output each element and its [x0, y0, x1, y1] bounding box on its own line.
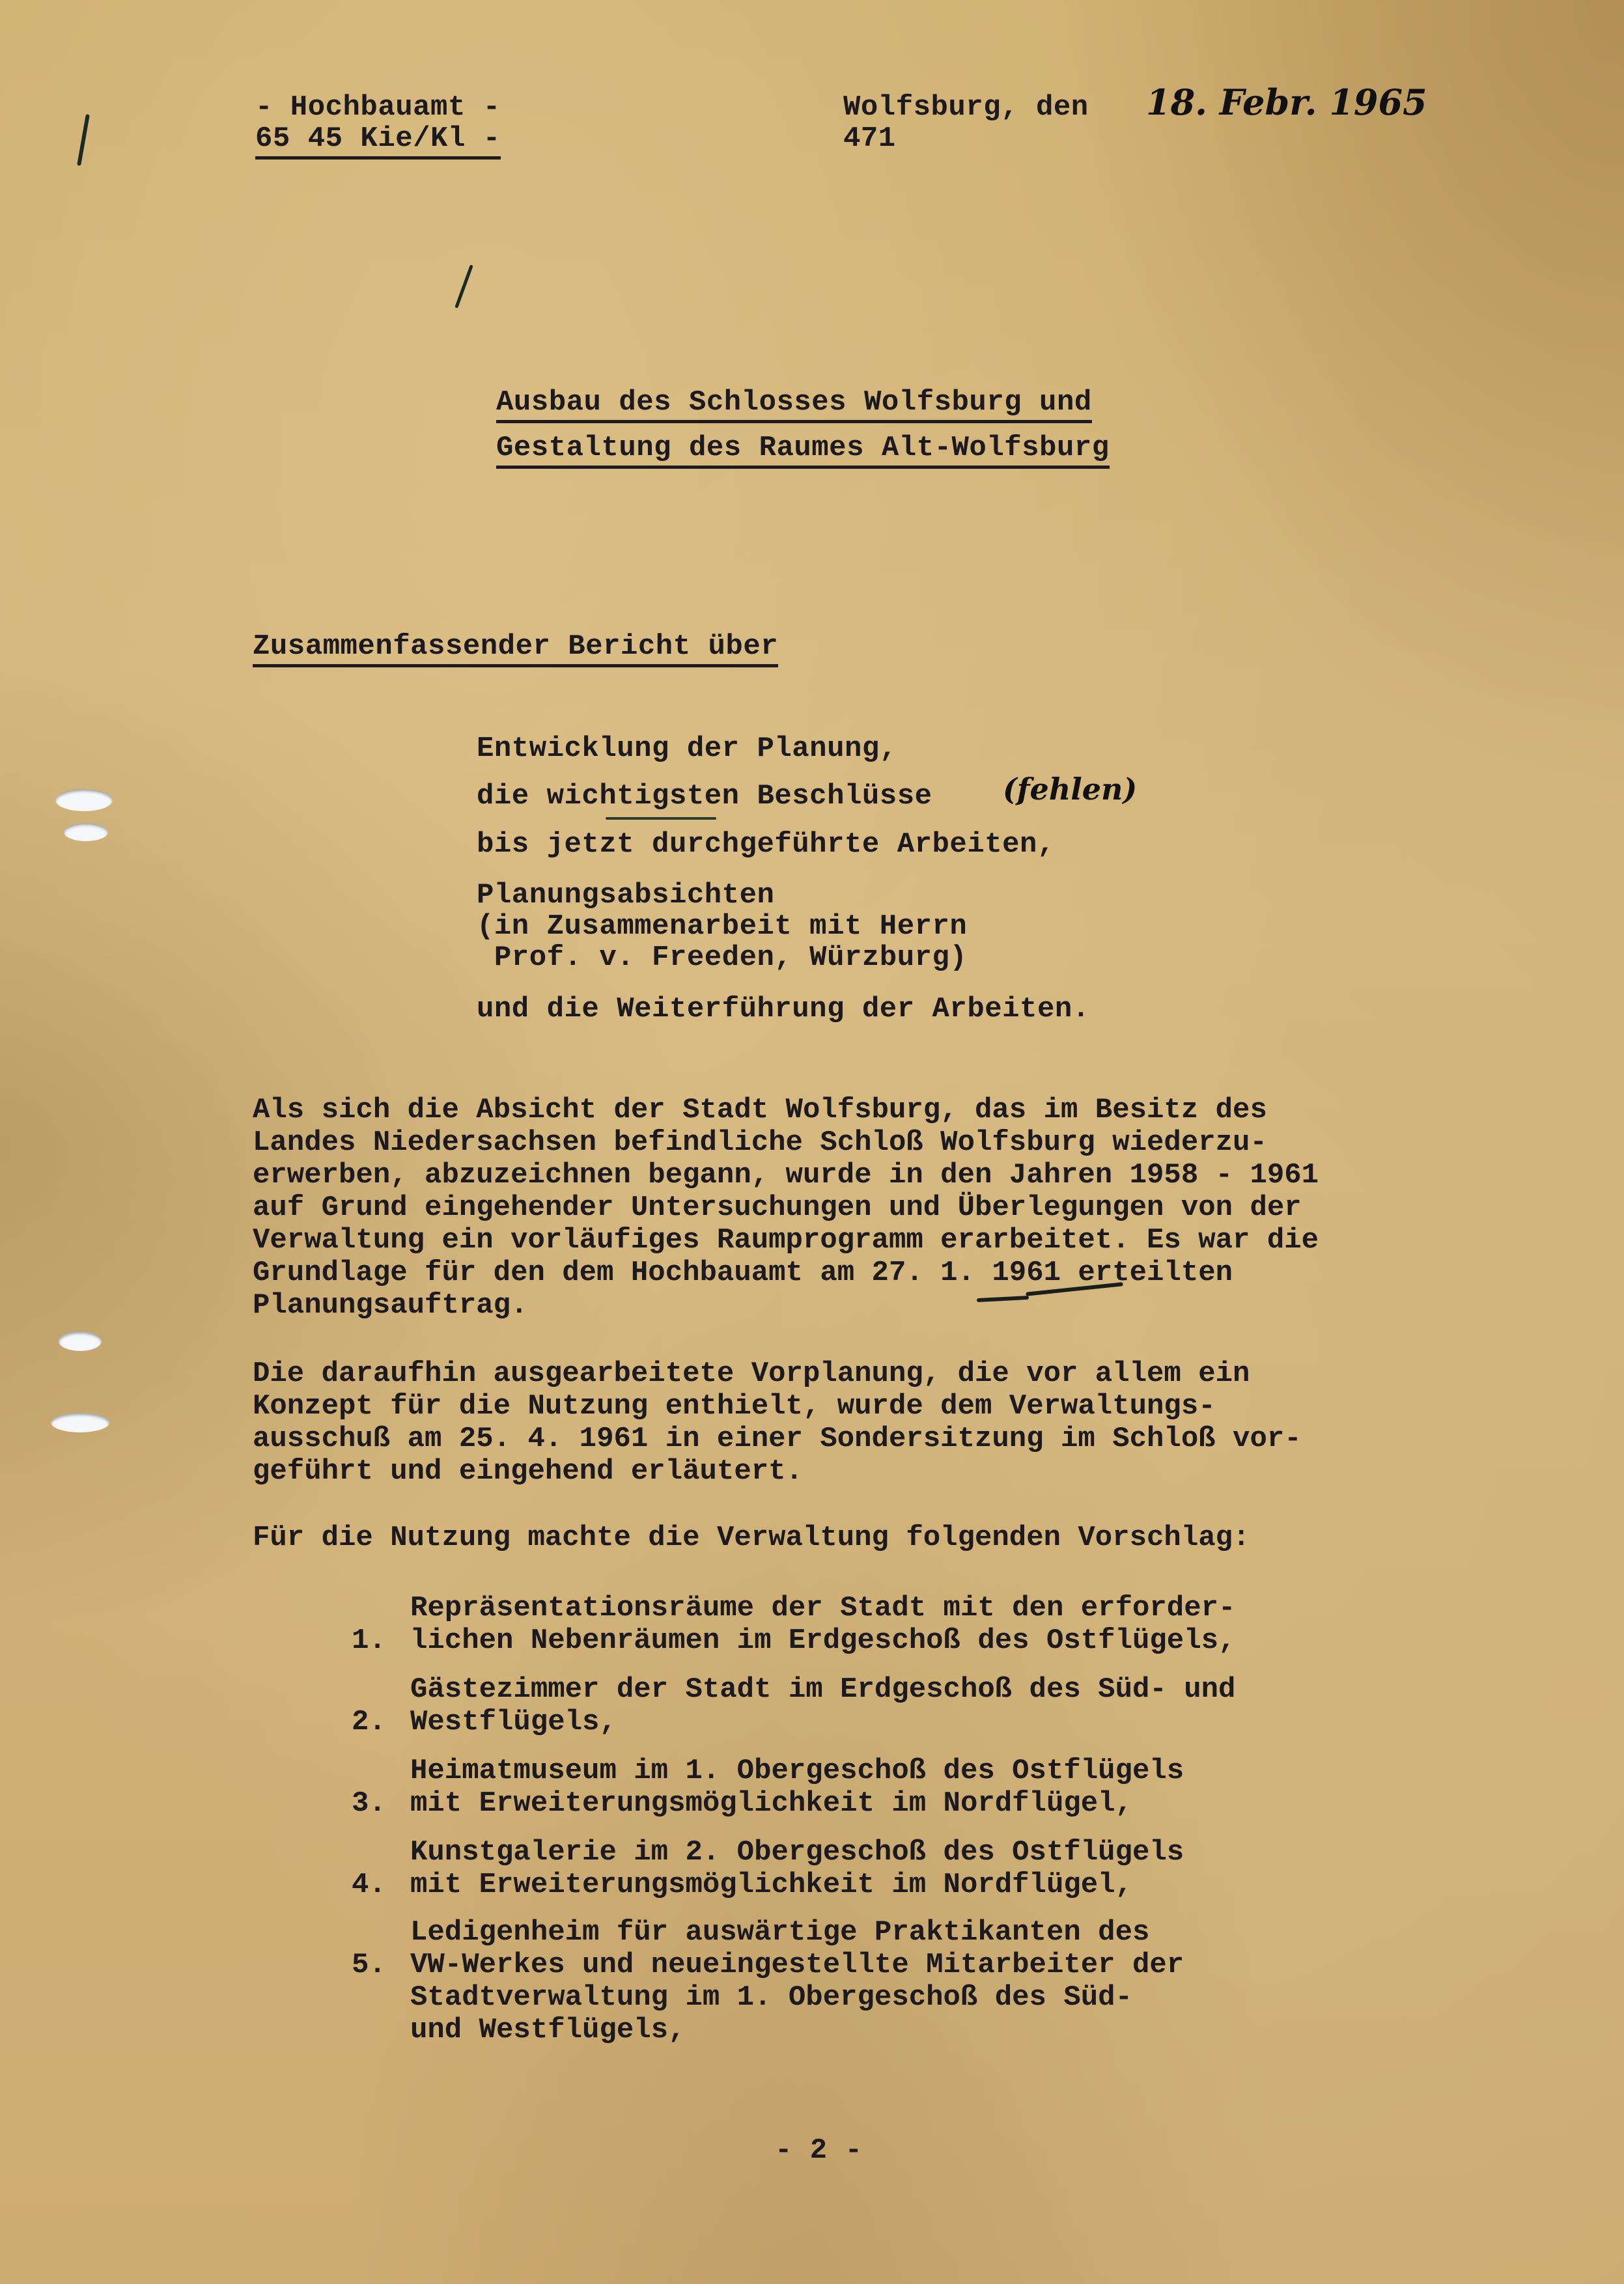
- handwritten-date: 18. Febr. 1965: [1146, 81, 1427, 123]
- handwritten-annotation: (fehlen): [1003, 772, 1137, 807]
- punch-hole: [59, 1331, 102, 1351]
- paragraph-3: Für die Nutzung machte die Verwaltung fo…: [253, 1522, 1250, 1554]
- place-date: Wolfsburg, den: [843, 91, 1089, 124]
- topic-item: (in Zusammenarbeit mit Herrn: [477, 910, 967, 943]
- paragraph-line: Als sich die Absicht der Stadt Wolfsburg…: [253, 1094, 1267, 1126]
- pen-mark: [455, 264, 473, 308]
- proposal-line: Repräsentationsräume der Stadt mit den e…: [410, 1592, 1235, 1624]
- paragraph-line: Die daraufhin ausgearbeitete Vorplanung,…: [253, 1358, 1250, 1390]
- paragraph-line: auf Grund eingehender Untersuchungen und…: [253, 1191, 1302, 1224]
- paragraph-line: Landes Niedersachsen befindliche Schloß …: [253, 1126, 1267, 1159]
- proposal-line: VW-Werkes und neueingestellte Mitarbeite…: [410, 1949, 1184, 1981]
- proposal-line: mit Erweiterungsmöglichkeit im Nordflüge…: [410, 1869, 1132, 1901]
- proposal-line: Heimatmuseum im 1. Obergeschoß des Ostfl…: [410, 1755, 1184, 1787]
- topic-item: Planungsabsichten: [477, 879, 774, 912]
- summary-heading: Zusammenfassender Bericht über: [253, 630, 778, 667]
- proposal-item: 5. Ledigenheim für auswärtige Praktikant…: [352, 1916, 421, 2144]
- paragraph-line: Grundlage für den dem Hochbauamt am 27. …: [253, 1257, 1233, 1289]
- proposal-number: 3.: [352, 1787, 386, 1820]
- paragraph-line: Planungsauftrag.: [253, 1289, 527, 1322]
- underline-mark: [606, 817, 716, 820]
- topic-item: Entwicklung der Planung,: [477, 732, 897, 765]
- proposal-number: 2.: [352, 1706, 386, 1738]
- page-number: - 2 -: [775, 2134, 863, 2167]
- punch-hole: [51, 1413, 109, 1432]
- paragraph-line: Verwaltung ein vorläufiges Raumprogramm …: [253, 1224, 1319, 1257]
- proposal-line: Ledigenheim für auswärtige Praktikanten …: [410, 1916, 1149, 1949]
- proposal-line: Stadtverwaltung im 1. Obergeschoß des Sü…: [410, 1981, 1132, 2014]
- reference-code: 65 45 Kie/Kl -: [255, 122, 501, 160]
- paragraph-line: erwerben, abzuzeichnen begann, wurde in …: [253, 1159, 1319, 1191]
- staple-mark: [77, 114, 90, 166]
- proposal-line: Gästezimmer der Stadt im Erdgeschoß des …: [410, 1673, 1235, 1706]
- proposal-line: und Westflügels,: [410, 2014, 685, 2046]
- proposal-line: Westflügels,: [410, 1706, 617, 1738]
- topic-item: bis jetzt durchgeführte Arbeiten,: [477, 828, 1055, 861]
- topic-item: die wichtigsten Beschlüsse: [477, 780, 932, 813]
- proposal-number: 4.: [352, 1869, 386, 1901]
- title-line-2: Gestaltung des Raumes Alt-Wolfsburg: [496, 432, 1110, 469]
- underline-mark: [977, 1296, 1029, 1302]
- proposal-number: 1.: [352, 1624, 386, 1657]
- proposal-line: mit Erweiterungsmöglichkeit im Nordflüge…: [410, 1787, 1132, 1820]
- paragraph-line: geführt und eingehend erläutert.: [253, 1455, 803, 1488]
- paragraph-line: ausschuß am 25. 4. 1961 in einer Sonders…: [253, 1423, 1302, 1455]
- title-line-1: Ausbau des Schlosses Wolfsburg und: [496, 386, 1092, 423]
- document-number: 471: [843, 122, 896, 155]
- proposal-line: Kunstgalerie im 2. Obergeschoß des Ostfl…: [410, 1836, 1184, 1869]
- department-label: - Hochbauamt -: [255, 91, 501, 124]
- topic-item: Prof. v. Freeden, Würzburg): [477, 941, 967, 974]
- proposal-line: lichen Nebenräumen im Erdgeschoß des Ost…: [410, 1624, 1235, 1657]
- punch-hole: [55, 789, 113, 811]
- punch-hole: [64, 823, 108, 841]
- proposal-number: 5.: [352, 1949, 386, 1981]
- paragraph-line: Konzept für die Nutzung enthielt, wurde …: [253, 1390, 1216, 1423]
- topic-item: und die Weiterführung der Arbeiten.: [477, 993, 1090, 1025]
